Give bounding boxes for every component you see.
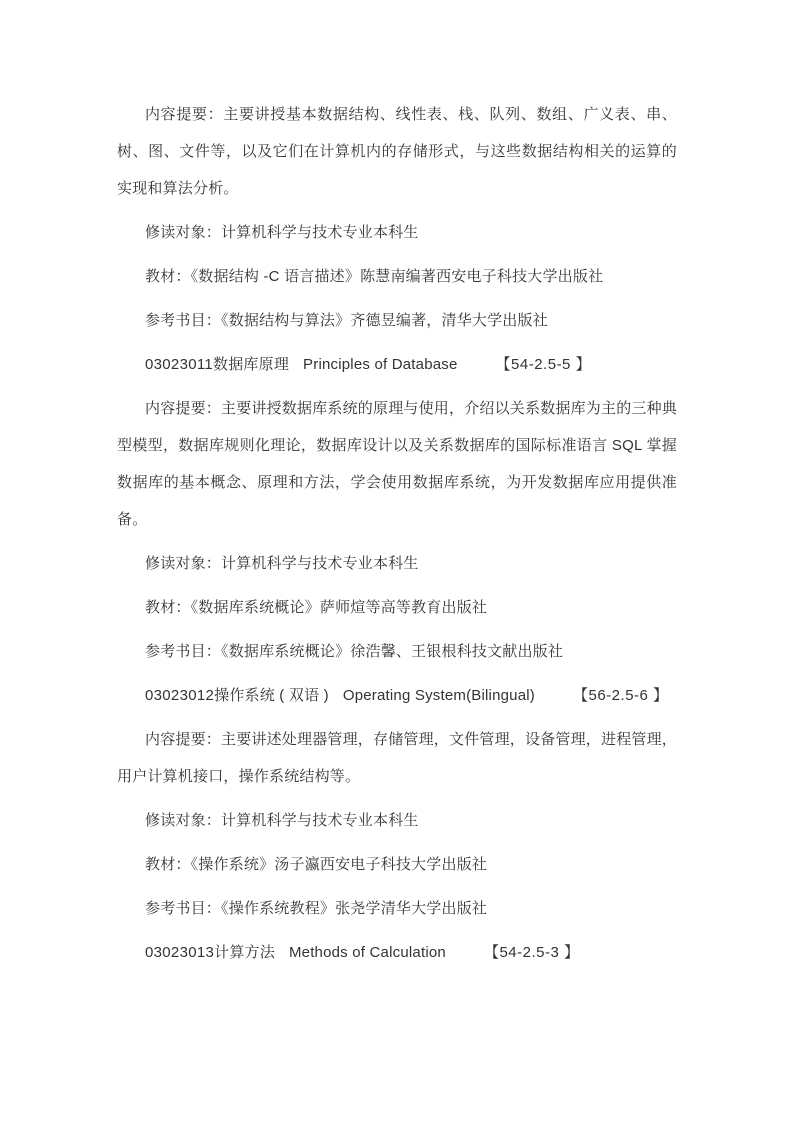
course-code: 03023013 — [145, 944, 214, 961]
audience-paragraph: 修读对象：计算机科学与技术专业本科生 — [117, 214, 677, 251]
document-page: 内容提要：主要讲授基本数据结构、线性表、栈、队列、数组、广义表、串、树、图、文件… — [0, 0, 794, 1123]
course-section: 03023013计算方法Methods of Calculation【54-2.… — [117, 934, 677, 971]
course-title-en: Methods of Calculation — [289, 944, 446, 961]
reference-paragraph: 参考书目：《数据结构与算法》齐德昱编著，清华大学出版社 — [117, 302, 677, 339]
course-section: 03023012操作系统 ( 双语 )Operating System(Bili… — [117, 677, 677, 927]
course-heading: 03023011数据库原理Principles of Database【54-2… — [117, 346, 677, 383]
reference-paragraph: 参考书目：《操作系统教程》张尧学清华大学出版社 — [117, 890, 677, 927]
summary-paragraph: 内容提要：主要讲述处理器管理，存储管理，文件管理，设备管理，进程管理，用户计算机… — [117, 721, 677, 795]
reference-paragraph: 参考书目：《数据库系统概论》徐浩馨、王银根科技文献出版社 — [117, 633, 677, 670]
course-code: 03023011 — [145, 356, 213, 373]
course-section: 内容提要：主要讲授基本数据结构、线性表、栈、队列、数组、广义表、串、树、图、文件… — [117, 96, 677, 339]
course-title-en: Operating System(Bilingual) — [343, 687, 535, 704]
textbook-paragraph: 教材：《数据库系统概论》萨师煊等高等教育出版社 — [117, 589, 677, 626]
summary-paragraph: 内容提要：主要讲授数据库系统的原理与使用，介绍以关系数据库为主的三种典型模型，数… — [117, 390, 677, 538]
course-heading: 03023012操作系统 ( 双语 )Operating System(Bili… — [117, 677, 677, 714]
course-credit-info: 【56-2.5-6 】 — [573, 687, 669, 704]
audience-paragraph: 修读对象：计算机科学与技术专业本科生 — [117, 545, 677, 582]
course-title-zh: 计算方法 — [214, 944, 275, 961]
textbook-paragraph: 教材：《操作系统》汤子瀛西安电子科技大学出版社 — [117, 846, 677, 883]
course-catalog-text: 内容提要：主要讲授基本数据结构、线性表、栈、队列、数组、广义表、串、树、图、文件… — [117, 96, 677, 971]
course-title-zh: 操作系统 ( 双语 ) — [214, 687, 329, 704]
course-title-en: Principles of Database — [303, 356, 457, 373]
course-credit-info: 【54-2.5-3 】 — [484, 944, 580, 961]
audience-paragraph: 修读对象：计算机科学与技术专业本科生 — [117, 802, 677, 839]
course-heading: 03023013计算方法Methods of Calculation【54-2.… — [117, 934, 677, 971]
textbook-paragraph: 教材：《数据结构 -C 语言描述》陈慧南编著西安电子科技大学出版社 — [117, 258, 677, 295]
summary-paragraph: 内容提要：主要讲授基本数据结构、线性表、栈、队列、数组、广义表、串、树、图、文件… — [117, 96, 677, 207]
course-section: 03023011数据库原理Principles of Database【54-2… — [117, 346, 677, 670]
course-title-zh: 数据库原理 — [213, 356, 289, 373]
course-code: 03023012 — [145, 687, 214, 704]
course-credit-info: 【54-2.5-5 】 — [496, 356, 592, 373]
